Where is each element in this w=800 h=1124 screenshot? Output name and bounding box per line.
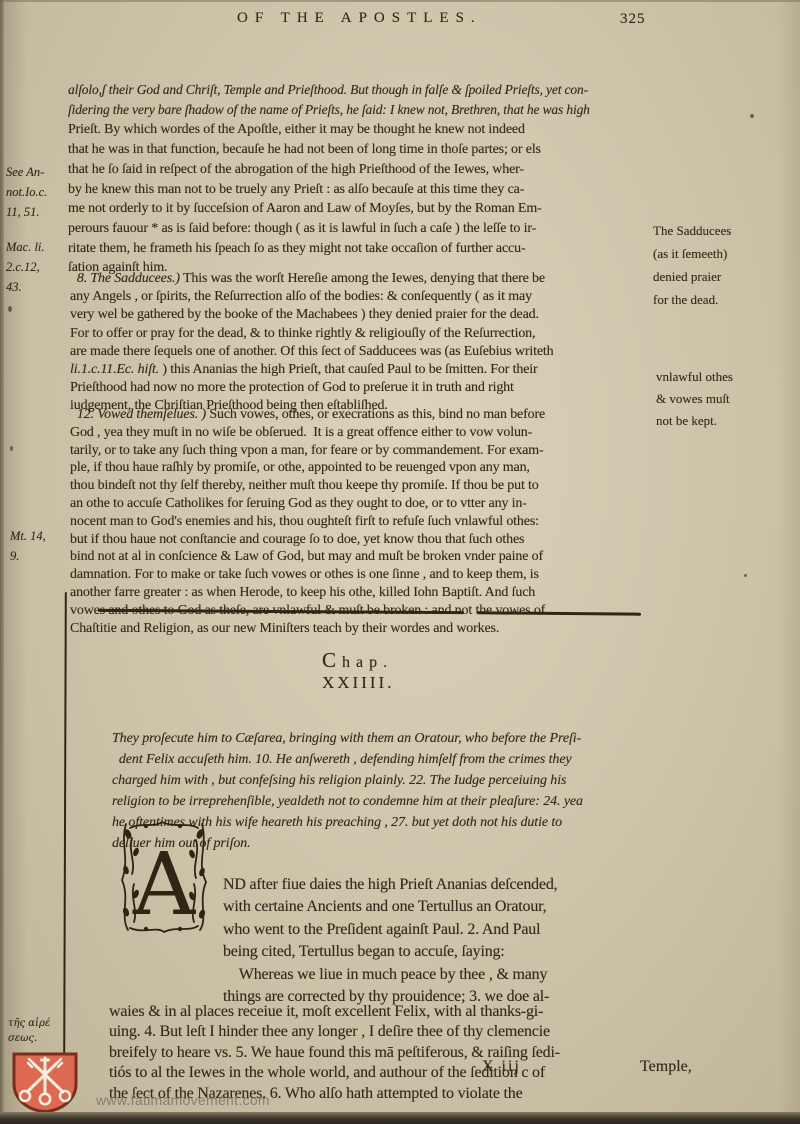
text-line: God , yea they muſt in no wiſe be obſeru… <box>70 424 545 442</box>
text-line: ple, if thou haue raſhly by promiſe, or … <box>70 459 545 477</box>
text-line: tarily, or to take any ſuch thing vpon a… <box>70 442 545 460</box>
text-line: alſolo,ʃ their God and Chriſt, Temple an… <box>68 81 590 101</box>
margin-note-line: The Sadducees <box>653 219 731 242</box>
crossed-keys-icon <box>10 1051 80 1115</box>
text-line: by he knew this man not to be truely any… <box>68 180 590 200</box>
argument-line: religion to be irreprehenſible, yealdeth… <box>112 791 583 812</box>
body-line: uing. 4. But leſt I hinder thee any long… <box>109 1022 560 1042</box>
chapter-heading-label: Chap. <box>322 648 393 673</box>
drop-cap-letter: A <box>132 835 196 935</box>
running-title: OF THE APOSTLES. <box>237 10 482 27</box>
ink-speck <box>750 114 754 118</box>
text-line: that he ſo ſaid in reſpect of the abroga… <box>68 160 590 180</box>
margin-note-line: vnlawful othes <box>656 366 733 388</box>
text-line: 12. Vowed themſelues. ) Such vowes, othe… <box>70 406 545 424</box>
annotation-paragraph-3: 12. Vowed themſelues. ) Such vowes, othe… <box>70 352 545 637</box>
ink-speck <box>744 574 747 577</box>
argument-line: They proſecute him to Cæſarea, bringing … <box>112 728 583 749</box>
margin-note-see-annot: See An-not.Io.c.11, 51. <box>6 162 47 222</box>
drop-cap-woodcut: A <box>116 818 212 941</box>
margin-note-line: Mt. 14, <box>10 526 46 546</box>
signature-mark: X iij <box>482 1058 521 1076</box>
margin-note-line: 9. <box>10 546 46 566</box>
scanned-page: OF THE APOSTLES. 325 alſolo,ʃ their God … <box>0 0 800 1124</box>
margin-note-unlawful-othes: vnlawful othes& vowes muſtnot be kept. <box>656 366 733 432</box>
page-number: 325 <box>620 11 646 28</box>
text-line: another farre greater : as when Herode, … <box>70 584 545 602</box>
text-line: any Angels , or ſpirits, the Reſurrectio… <box>70 288 553 306</box>
scan-edge-top <box>0 0 800 2</box>
margin-note-line: 43. <box>6 277 45 297</box>
section-vertical-rule <box>63 592 67 1062</box>
text-line: that he was in that function, becauſe he… <box>68 140 590 160</box>
catchword: Temple, <box>640 1058 692 1076</box>
watermark-crest <box>10 1051 80 1120</box>
argument-line: dent Felix accuſeth him. 10. He anſweret… <box>112 749 583 770</box>
text-line: damnation. For to make or take ſuch vowe… <box>70 566 545 584</box>
margin-note-line: See An- <box>6 162 47 182</box>
text-line: bind not at al in conſcience & Law of Go… <box>70 548 545 566</box>
margin-note-matthew: Mt. 14,9. <box>10 526 46 566</box>
text-line: but if thou haue not conſtancie and cour… <box>70 531 545 549</box>
ink-speck <box>10 446 13 451</box>
body-line: with certaine Ancients and one Tertullus… <box>223 896 557 918</box>
margin-note-greek: τῆς αἱρέσεως. <box>8 1016 50 1046</box>
scan-edge-bottom <box>0 1112 800 1124</box>
margin-note-line: 2.c.12, <box>6 257 45 277</box>
margin-note-line: τῆς αἱρέ <box>8 1016 50 1031</box>
margin-note-line: not be kept. <box>656 410 733 432</box>
body-line: waies & in al places receiue it, moſt ex… <box>109 1002 560 1022</box>
text-line: ſidering the very bare ſhadow of the nam… <box>68 101 590 121</box>
margin-note-line: & vowes muſt <box>656 388 733 410</box>
margin-note-line: not.Io.c. <box>6 182 47 202</box>
text-line: nocent man to God's enemies and his, tho… <box>70 513 545 531</box>
ink-speck <box>8 306 12 312</box>
body-line: who went to the Preſident againſt Paul. … <box>223 919 557 941</box>
text-line: thou bindeſt not thy ſelf thereby, neith… <box>70 477 545 495</box>
argument-line: charged him with , but confeſsing his re… <box>112 770 583 791</box>
text-line: very wel be gathered by the booke of the… <box>70 306 553 324</box>
chapter-body-full: waies & in al places receiue it, moſt ex… <box>109 948 560 1104</box>
margin-note-sadducees: The Sadducees(as it ſemeeth)denied praie… <box>653 219 731 311</box>
margin-note-line: 11, 51. <box>6 202 47 222</box>
watermark-url: www.fatimamovement.com <box>96 1092 270 1108</box>
text-line: For to offer or pray for the dead, & to … <box>70 325 553 343</box>
body-line: ND after fiue daies the high Prieſt Anan… <box>223 874 557 896</box>
text-line: 8. The Sadducees.) This was the worſt He… <box>70 270 553 288</box>
margin-note-line: denied praier <box>653 265 731 288</box>
margin-note-line: for the dead. <box>653 288 731 311</box>
margin-note-machabees: Mac. li.2.c.12,43. <box>6 237 45 297</box>
drop-cap-ornament-icon: A <box>116 818 212 936</box>
text-line: an othe to accuſe Catholikes for ſeruing… <box>70 495 545 513</box>
scan-edge-left <box>0 0 4 1124</box>
margin-note-line: Mac. li. <box>6 237 45 257</box>
text-line: Prieſt. By which wordes of the Apoſtle, … <box>68 120 590 140</box>
margin-note-line: σεως. <box>8 1031 50 1046</box>
margin-note-line: (as it ſemeeth) <box>653 242 731 265</box>
